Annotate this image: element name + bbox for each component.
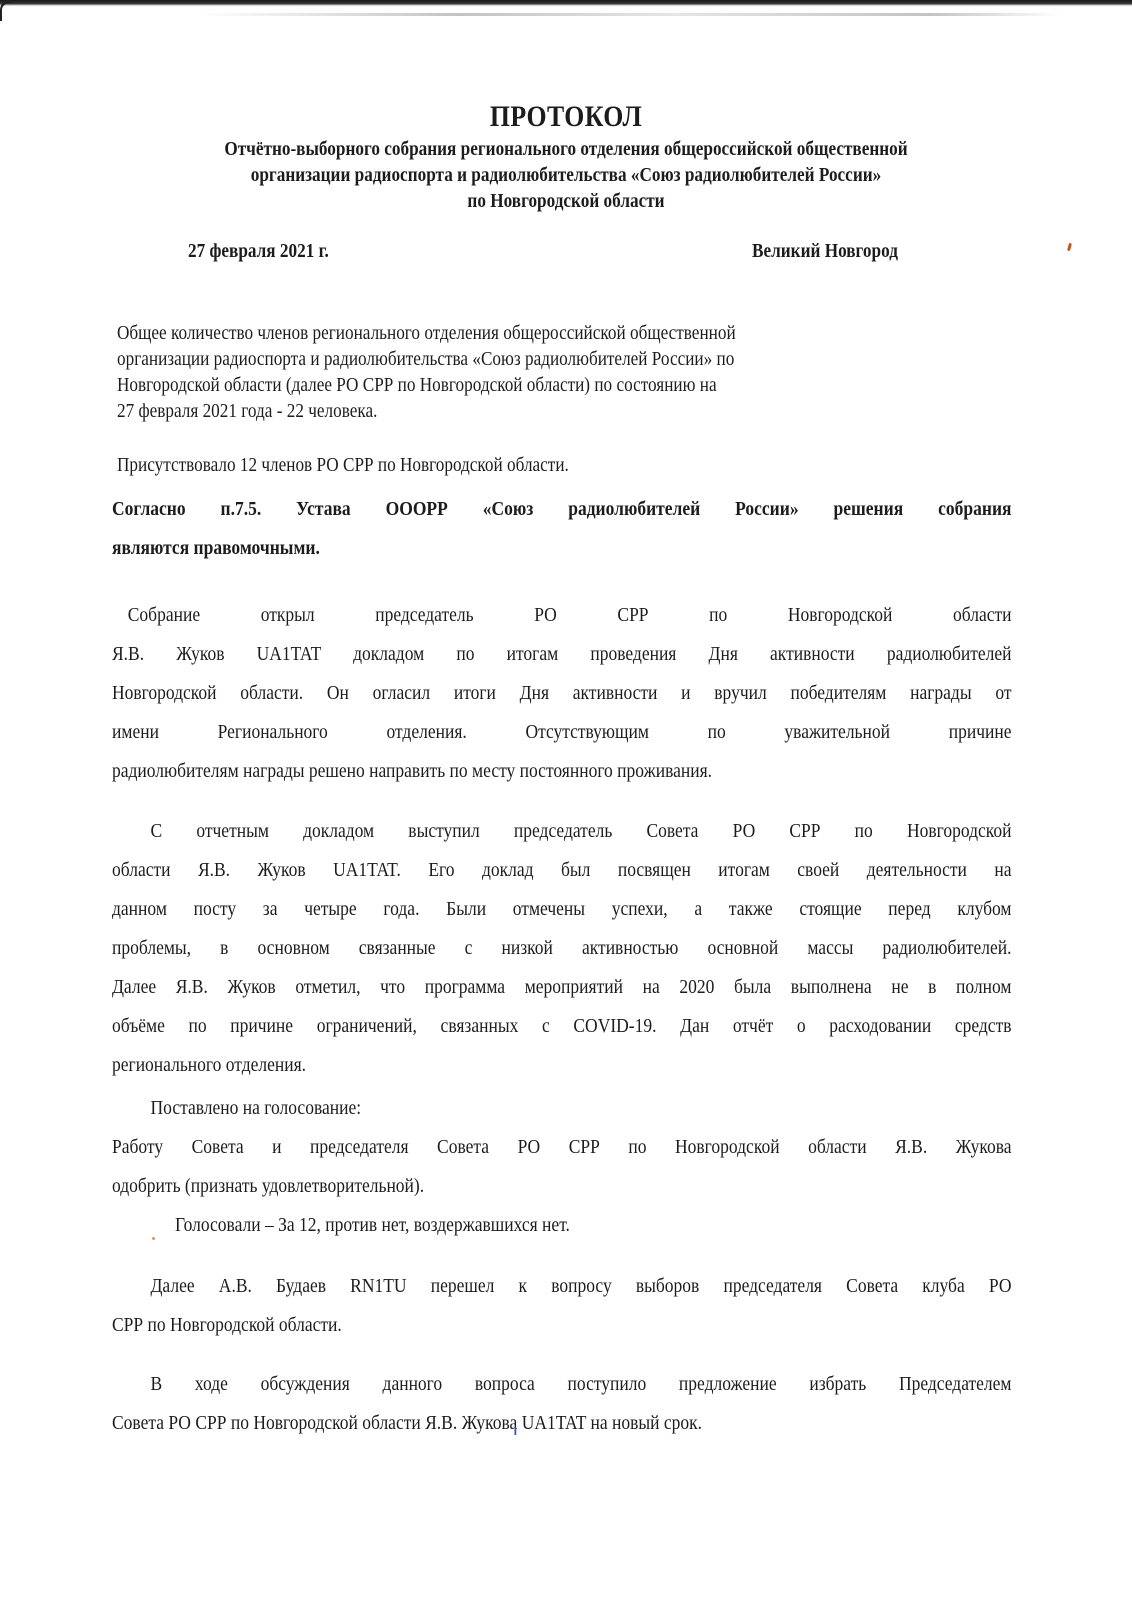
proposal-paragraph: В ходе обсуждения данного вопроса поступ… [112, 1365, 1012, 1443]
document-date: 27 февраля 2021 г. [188, 240, 329, 263]
text-line: являются правомочными. [112, 529, 1012, 568]
vote-result: Голосовали – За 12, против нет, воздержа… [112, 1206, 1012, 1245]
opening-paragraph: Собрание открыл председатель РО СРР по Н… [112, 596, 1012, 791]
membership-paragraph: Общее количество членов регионального от… [117, 320, 925, 424]
text-line: объёме по причине ограничений, связанных… [112, 1007, 1012, 1046]
text-line: регионального отделения. [112, 1046, 1012, 1085]
text-fragment: Совета РО СРР по Новгородской области Я.… [112, 1412, 517, 1434]
subtitle-line: по Новгородской области [79, 188, 1053, 214]
vote-section: Поставлено на голосование: Работу Совета… [112, 1089, 1012, 1245]
vote-motion-line: Работу Совета и председателя Совета РО С… [112, 1128, 1012, 1167]
text-line: Новгородской области (далее РО СРР по Но… [117, 372, 925, 398]
text-line: Далее Я.В. Жуков отметил, что программа … [112, 968, 1012, 1007]
elections-paragraph: Далее А.В. Будаев RN1TU перешел к вопрос… [112, 1267, 1012, 1345]
subtitle-line: Отчётно-выборного собрания регионального… [79, 136, 1053, 162]
text-line: С отчетным докладом выступил председател… [112, 812, 1012, 851]
text-line: Общее количество членов регионального от… [117, 320, 925, 346]
text-line: имени Регионального отделения. Отсутству… [112, 713, 1012, 752]
quorum-paragraph: Согласно п.7.5. Устава ОООРР «Союз радио… [112, 490, 1012, 568]
attendance-paragraph: Присутствовало 12 членов РО СРР по Новго… [117, 452, 925, 478]
text-fragment: UA1TAT на новый срок. [522, 1412, 702, 1434]
scan-edge-top [0, 0, 1132, 6]
text-line: 27 февраля 2021 года - 22 человека. [117, 398, 925, 424]
text-line: данном посту за четыре года. Были отмече… [112, 890, 1012, 929]
date-place-row: 27 февраля 2021 г. Великий Новгород [0, 240, 1132, 268]
text-line: Новгородской области. Он огласил итоги Д… [112, 674, 1012, 713]
text-line: Я.В. Жуков UA1TAT докладом по итогам про… [112, 635, 1012, 674]
text-line: Собрание открыл председатель РО СРР по Н… [112, 596, 1012, 635]
text-line: Согласно п.7.5. Устава ОООРР «Союз радио… [112, 490, 1012, 529]
put-to-vote-label: Поставлено на голосование: [112, 1089, 1012, 1128]
text-line: проблемы, в основном связанные с низкой … [112, 929, 1012, 968]
report-paragraph: С отчетным докладом выступил председател… [112, 812, 1012, 1085]
text-line: организации радиоспорта и радиолюбительс… [117, 346, 925, 372]
subtitle-line: организации радиоспорта и радиолюбительс… [79, 162, 1053, 188]
document-title: ПРОТОКОЛ [79, 98, 1053, 136]
text-line: Совета РО СРР по Новгородской области Я.… [112, 1404, 1012, 1443]
scan-shadow [200, 13, 1060, 16]
vote-motion-line: одобрить (признать удовлетворительной). [112, 1167, 1012, 1206]
document-city: Великий Новгород [752, 240, 898, 263]
text-line: области Я.В. Жуков UA1TAT. Его доклад бы… [112, 851, 1012, 890]
text-line: СРР по Новгородской области. [112, 1306, 1012, 1345]
scan-corner [0, 0, 12, 21]
text-line: радиолюбителям награды решено направить … [112, 752, 1012, 791]
document-header: ПРОТОКОЛ Отчётно-выборного собрания реги… [0, 98, 1132, 214]
text-line: Далее А.В. Будаев RN1TU перешел к вопрос… [112, 1267, 1012, 1306]
text-line: В ходе обсуждения данного вопроса поступ… [112, 1365, 1012, 1404]
pen-tick [515, 1427, 517, 1435]
